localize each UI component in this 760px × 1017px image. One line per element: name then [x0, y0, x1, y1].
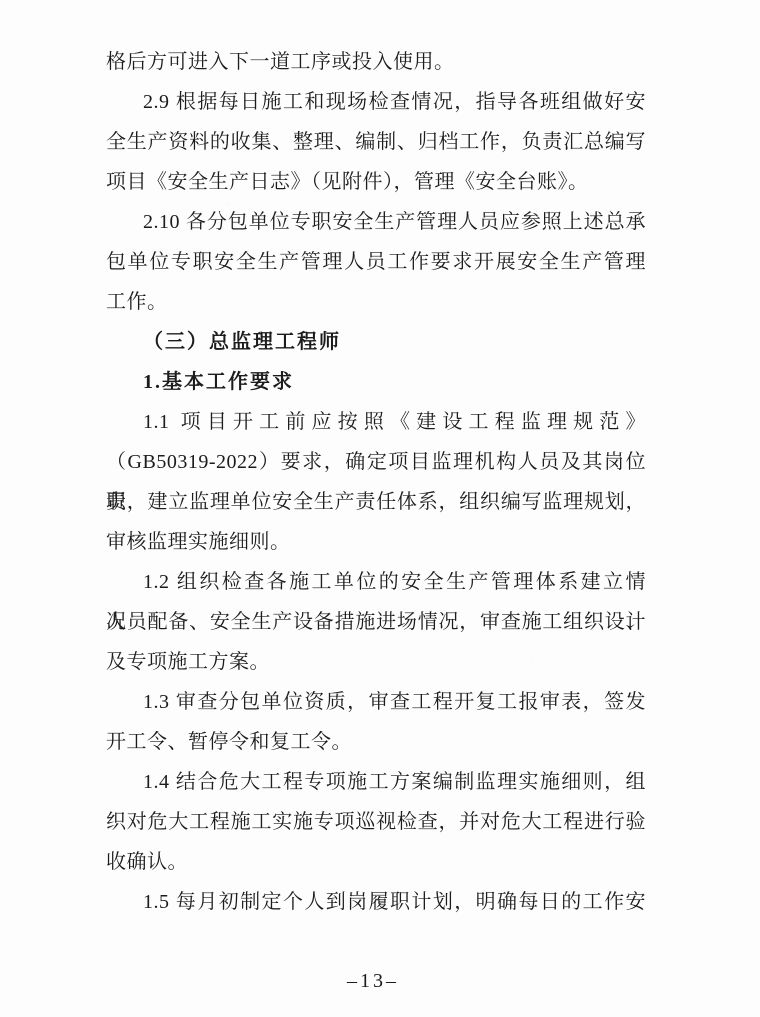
body-line: 1.4 结合危大工程专项施工方案编制监理实施细则，组	[106, 762, 646, 802]
body-line: 包单位专职安全生产管理人员工作要求开展安全生产管理	[106, 242, 646, 282]
body-line: 格后方可进入下一道工序或投入使用。	[106, 42, 646, 82]
body-line: 及专项施工方案。	[106, 642, 646, 682]
body-line: 织对危大工程施工实施专项巡视检查，并对危大工程进行验	[106, 802, 646, 842]
body-line: 2.10 各分包单位专职安全生产管理人员应参照上述总承	[106, 202, 646, 242]
body-line: 项目《安全生产日志》（见附件），管理《安全台账》。	[106, 162, 646, 202]
body-line: 2.9 根据每日施工和现场检查情况，指导各班组做好安	[106, 82, 646, 122]
body-line: 1.1 项目开工前应按照《建设工程监理规范》	[106, 402, 646, 442]
body-line: 全生产资料的收集、整理、编制、归档工作，负责汇总编写	[106, 122, 646, 162]
section-heading: （三）总监理工程师	[106, 322, 646, 362]
page-number: –13–	[0, 966, 746, 996]
body-line: 责，建立监理单位安全生产责任体系，组织编写监理规划，	[106, 482, 646, 522]
body-line: （GB50319-2022）要求，确定项目监理机构人员及其岗位职	[106, 442, 646, 482]
body-line: 审核监理实施细则。	[106, 522, 646, 562]
subsection-heading: 1.基本工作要求	[106, 362, 646, 402]
body-line: 开工令、暂停令和复工令。	[106, 722, 646, 762]
body-line: 1.3 审查分包单位资质，审查工程开复工报审表，签发	[106, 682, 646, 722]
body-line: 收确认。	[106, 842, 646, 882]
body-line: 人员配备、安全生产设备措施进场情况，审查施工组织设计	[106, 602, 646, 642]
body-line: 1.2 组织检查各施工单位的安全生产管理体系建立情况、	[106, 562, 646, 602]
document-body: 格后方可进入下一道工序或投入使用。 2.9 根据每日施工和现场检查情况，指导各班…	[106, 42, 646, 922]
body-line: 工作。	[106, 282, 646, 322]
body-line: 1.5 每月初制定个人到岗履职计划，明确每日的工作安	[106, 882, 646, 922]
document-page: 格后方可进入下一道工序或投入使用。 2.9 根据每日施工和现场检查情况，指导各班…	[0, 0, 760, 1017]
